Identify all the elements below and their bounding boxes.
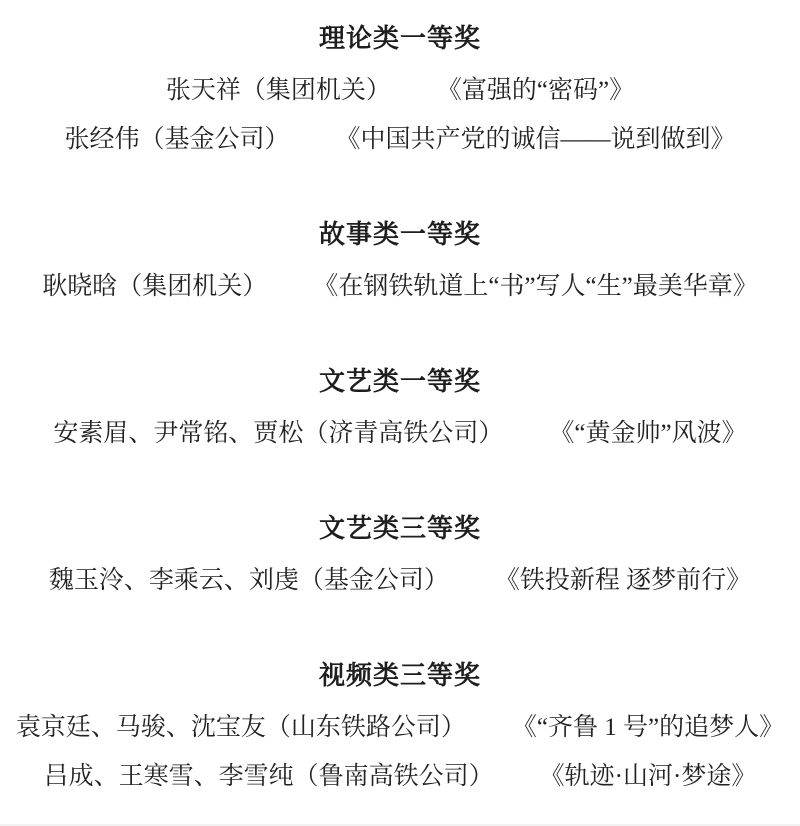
award-entry: 魏玉泠、李乘云、刘虔（基金公司） 《铁投新程 逐梦前行》: [0, 553, 800, 602]
award-entry: 吕成、王寒雪、李雪纯（鲁南高铁公司） 《轨迹·山河·梦途》: [0, 749, 800, 798]
entry-authors: 安素眉、尹常铭、贾松（济青高铁公司）: [53, 413, 503, 449]
section-title: 故事类一等奖: [0, 210, 800, 259]
entry-work-title: 《铁投新程 逐梦前行》: [495, 560, 751, 596]
entry-authors: 张天祥（集团机关）: [166, 70, 391, 106]
entry-work-title: 《轨迹·山河·梦途》: [540, 756, 757, 792]
entry-authors: 吕成、王寒雪、李雪纯（鲁南高铁公司）: [44, 756, 494, 792]
entry-authors: 魏玉泠、李乘云、刘虔（基金公司）: [49, 560, 449, 596]
section-title: 理论类一等奖: [0, 14, 800, 63]
section-theory-first-prize: 理论类一等奖 张天祥（集团机关） 《富强的“密码”》 张经伟（基金公司） 《中国…: [0, 14, 800, 161]
entry-authors: 张经伟（基金公司）: [64, 119, 289, 155]
award-entry: 耿晓晗（集团机关） 《在钢铁轨道上“书”写人“生”最美华章》: [0, 259, 800, 308]
award-entry: 张天祥（集团机关） 《富强的“密码”》: [0, 63, 800, 112]
section-arts-third-prize: 文艺类三等奖 魏玉泠、李乘云、刘虔（基金公司） 《铁投新程 逐梦前行》: [0, 504, 800, 602]
section-video-third-prize: 视频类三等奖 袁京廷、马骏、沈宝友（山东铁路公司） 《“齐鲁 1 号”的追梦人》…: [0, 651, 800, 798]
entry-work-title: 《在钢铁轨道上“书”写人“生”最美华章》: [313, 266, 757, 302]
award-entry: 袁京廷、马骏、沈宝友（山东铁路公司） 《“齐鲁 1 号”的追梦人》: [0, 700, 800, 749]
section-story-first-prize: 故事类一等奖 耿晓晗（集团机关） 《在钢铁轨道上“书”写人“生”最美华章》: [0, 210, 800, 308]
entry-work-title: 《富强的“密码”》: [437, 70, 634, 106]
award-document-page: 理论类一等奖 张天祥（集团机关） 《富强的“密码”》 张经伟（基金公司） 《中国…: [0, 0, 800, 826]
section-title: 文艺类一等奖: [0, 357, 800, 406]
section-title: 视频类三等奖: [0, 651, 800, 700]
entry-work-title: 《“齐鲁 1 号”的追梦人》: [512, 707, 784, 743]
entry-work-title: 《中国共产党的诚信——说到做到》: [336, 119, 736, 155]
section-arts-first-prize: 文艺类一等奖 安素眉、尹常铭、贾松（济青高铁公司） 《“黄金帅”风波》: [0, 357, 800, 455]
entry-authors: 耿晓晗（集团机关）: [42, 266, 267, 302]
section-title: 文艺类三等奖: [0, 504, 800, 553]
entry-authors: 袁京廷、马骏、沈宝友（山东铁路公司）: [16, 707, 466, 743]
entry-work-title: 《“黄金帅”风波》: [549, 413, 746, 449]
award-entry: 张经伟（基金公司） 《中国共产党的诚信——说到做到》: [0, 112, 800, 161]
award-entry: 安素眉、尹常铭、贾松（济青高铁公司） 《“黄金帅”风波》: [0, 406, 800, 455]
